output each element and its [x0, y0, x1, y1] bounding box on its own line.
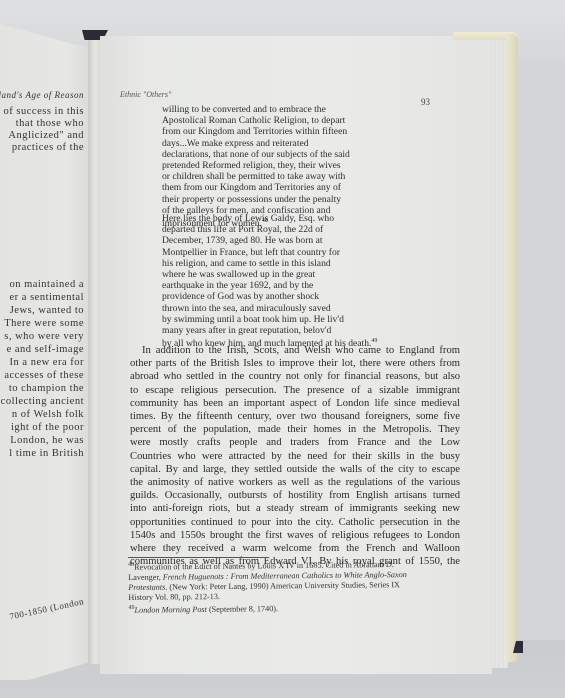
footnote-book-title: Protestants — [128, 582, 165, 591]
body-line: percent of the population, made their ho… — [130, 423, 460, 436]
left-line: There were some — [4, 318, 84, 329]
quote-line: pretended Reformed religion, they, their… — [162, 160, 350, 171]
left-line: Anglicized" and — [8, 130, 84, 141]
body-line: to escape religious persecution. The pre… — [130, 384, 460, 397]
quote-line: from our Kingdom and Territories within … — [162, 126, 350, 137]
left-footnote-fragment: 700-1850 (London — [9, 596, 85, 622]
quote-line: providence of God was by another shock — [162, 291, 377, 302]
running-head: Ethnic "Others" — [120, 90, 171, 99]
left-line: In a new era for — [10, 357, 84, 368]
footnote-text: . (New York: Peter Lang, 1990) American … — [165, 580, 400, 591]
quote-line: or children shall be permitted to take a… — [162, 171, 350, 182]
quote-line: thrown into the sea, and miraculously sa… — [162, 303, 377, 314]
quote-line: Montpellier in France, but left that cou… — [162, 247, 377, 258]
left-line: accesses of these — [4, 370, 84, 381]
book-cover-edge — [506, 34, 518, 662]
quote-line: departed this life at Port Royal, the 22… — [162, 224, 377, 235]
body-line: times. By the fifteenth century, over tw… — [130, 410, 460, 423]
body-line: into anti-foreign riots, but a steady st… — [130, 502, 460, 515]
block-quote-epitaph: Here lies the body of Lewis Galdy, Esq. … — [162, 213, 377, 350]
body-line: capital. By and large, they settled outs… — [130, 463, 460, 476]
body-line: 1540s and 1550s brought the first waves … — [130, 529, 460, 542]
body-line: other parts of the British Isles to impr… — [130, 357, 460, 370]
quote-line: earthquake in the year 1692, and by the — [162, 280, 377, 291]
left-line: s, who were very — [4, 331, 84, 342]
left-line: e and self-image — [7, 344, 84, 355]
body-line: In addition to the Irish, Scots, and Wel… — [130, 344, 460, 357]
footnotes: 48Revocation of the Edict of Nantes by L… — [128, 557, 459, 616]
left-line: er a sentimental — [10, 292, 84, 303]
left-line: collecting ancient — [1, 396, 84, 407]
body-line: where they received a warm welcome from … — [130, 542, 460, 555]
left-line: on maintained a — [9, 279, 84, 290]
left-line: London, he was — [10, 435, 84, 446]
quote-line: his religion, and came to settle in this… — [162, 258, 377, 269]
left-line: that those who — [16, 118, 84, 129]
quote-line: where he was swallowed up in the great — [162, 269, 377, 280]
quote-line: Apostolical Roman Catholic Religion, to … — [162, 115, 350, 126]
left-line: Jews, wanted to — [10, 305, 84, 316]
left-line: of success in this — [4, 106, 84, 117]
left-line: to champion the — [9, 383, 84, 394]
left-line: ight of the poor — [11, 422, 84, 433]
body-line: guilds. Occasionally, outbursts of hosti… — [130, 489, 460, 502]
quote-line: declarations, that none of our subjects … — [162, 149, 350, 160]
quote-line: days...We make express and reiterated — [162, 138, 350, 149]
footnote-source-title: London Morning Post — [134, 605, 206, 615]
footnote-text: (September 8, 1740). — [207, 604, 278, 614]
left-line: practices of the — [12, 142, 84, 153]
body-line: community has been an important aspect o… — [130, 397, 460, 410]
quote-line: December, 1739, aged 80. He was born at — [162, 235, 377, 246]
body-line: opportunities continued to pour into the… — [130, 516, 460, 529]
block-quote-edict: willing to be converted and to embrace t… — [162, 104, 350, 229]
left-line: l time in British — [9, 448, 84, 459]
footnote-text: Lavenger, — [128, 572, 163, 581]
body-line: the animosity of native workers as well … — [130, 476, 460, 489]
left-line: n of Welsh folk — [12, 409, 84, 420]
left-running-head: land's Age of Reason — [0, 90, 84, 100]
quote-line: willing to be converted and to embrace t… — [162, 104, 350, 115]
quote-line: by swimming until a boat took him up. He… — [162, 314, 377, 325]
quote-line: many years after in great reputation, be… — [162, 325, 377, 336]
quote-line: their property or possessions under the … — [162, 194, 350, 205]
page-number: 93 — [421, 97, 430, 107]
book-gutter — [88, 40, 102, 664]
body-paragraph: In addition to the Irish, Scots, and Wel… — [130, 344, 460, 568]
quote-line: Here lies the body of Lewis Galdy, Esq. … — [162, 213, 377, 224]
body-line: abroad who settled in the country not on… — [130, 370, 460, 383]
body-line: were mostly crafts people and traders fr… — [130, 436, 460, 449]
page-edges — [488, 38, 508, 668]
body-line: Countries who were attracted by the need… — [130, 450, 460, 463]
quote-line: them from our Kingdom and Territories an… — [162, 182, 350, 193]
left-page: land's Age of Reason of success in this … — [0, 24, 96, 680]
